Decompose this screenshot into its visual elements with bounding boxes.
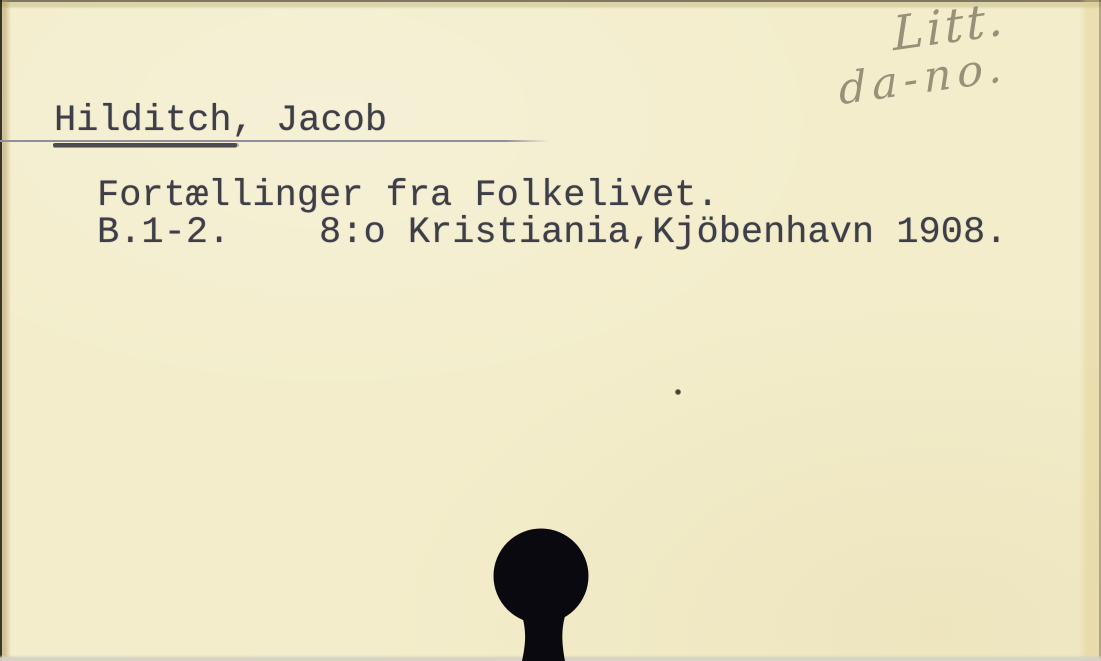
card-left-edge xyxy=(0,0,11,661)
keyhole-punch-hole-icon xyxy=(470,515,615,661)
card-right-edge xyxy=(1079,0,1101,661)
imprint-line: B.1-2. 8:o Kristiania,Kjöbenhavn 1908. xyxy=(97,215,1007,252)
title-line: Fortællinger fra Folkelivet. xyxy=(97,178,1007,215)
pencil-classification-note: Litt. da-no. xyxy=(835,0,1086,114)
heading-rule-line xyxy=(0,140,549,142)
stray-ink-dot xyxy=(675,389,681,395)
author-typed-underline xyxy=(53,143,237,147)
catalog-card: Litt. da-no. Hilditch, Jacob Fortællinge… xyxy=(0,0,1101,661)
entry-body: Fortællinger fra Folkelivet. B.1-2. 8:o … xyxy=(97,178,1007,252)
author-heading: Hilditch, Jacob xyxy=(54,103,387,140)
